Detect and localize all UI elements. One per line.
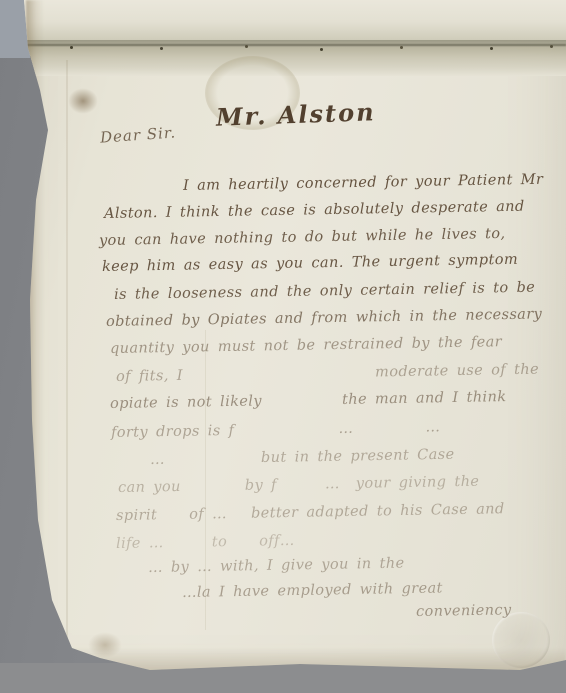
letter-line: you can have nothing to do but while he … [99,226,506,249]
letter-line: is the looseness and the only certain re… [114,280,535,303]
letter-line: obtained by Opiates and from which in th… [106,306,542,330]
letter-line: life … to off… [116,533,295,552]
letter-line: can you by f … your giving the [118,474,480,496]
letter-photo: Mr. Alston Dear Sir. I am heartily conce… [0,0,566,693]
letter-line: quantity you must not be restrained by t… [110,334,502,357]
letter-salutation: Dear Sir. [99,123,176,146]
letter-line: keep him as easy as you can. The urgent … [102,252,518,275]
letter-line: opiate is not likely the man and I think [110,389,507,412]
letter-line: Alston. I think the case is absolutely d… [104,199,525,222]
letter-line: …la I have employed with great [182,580,443,601]
letter-line: … but in the present Case [150,447,455,468]
letter-line: forty drops is f … … [111,419,441,441]
letter-line: spirit of … better adapted to his Case a… [116,501,505,524]
letter-text-layer: Mr. Alston Dear Sir. I am heartily conce… [0,0,566,693]
letter-line: of fits, I moderate use of the [116,362,539,385]
letter-line: conveniency [416,602,512,620]
letter-heading: Mr. Alston [216,97,376,132]
letter-line: … by … with, I give you in the [148,556,405,576]
letter-line: I am heartily concerned for your Patient… [183,172,544,194]
